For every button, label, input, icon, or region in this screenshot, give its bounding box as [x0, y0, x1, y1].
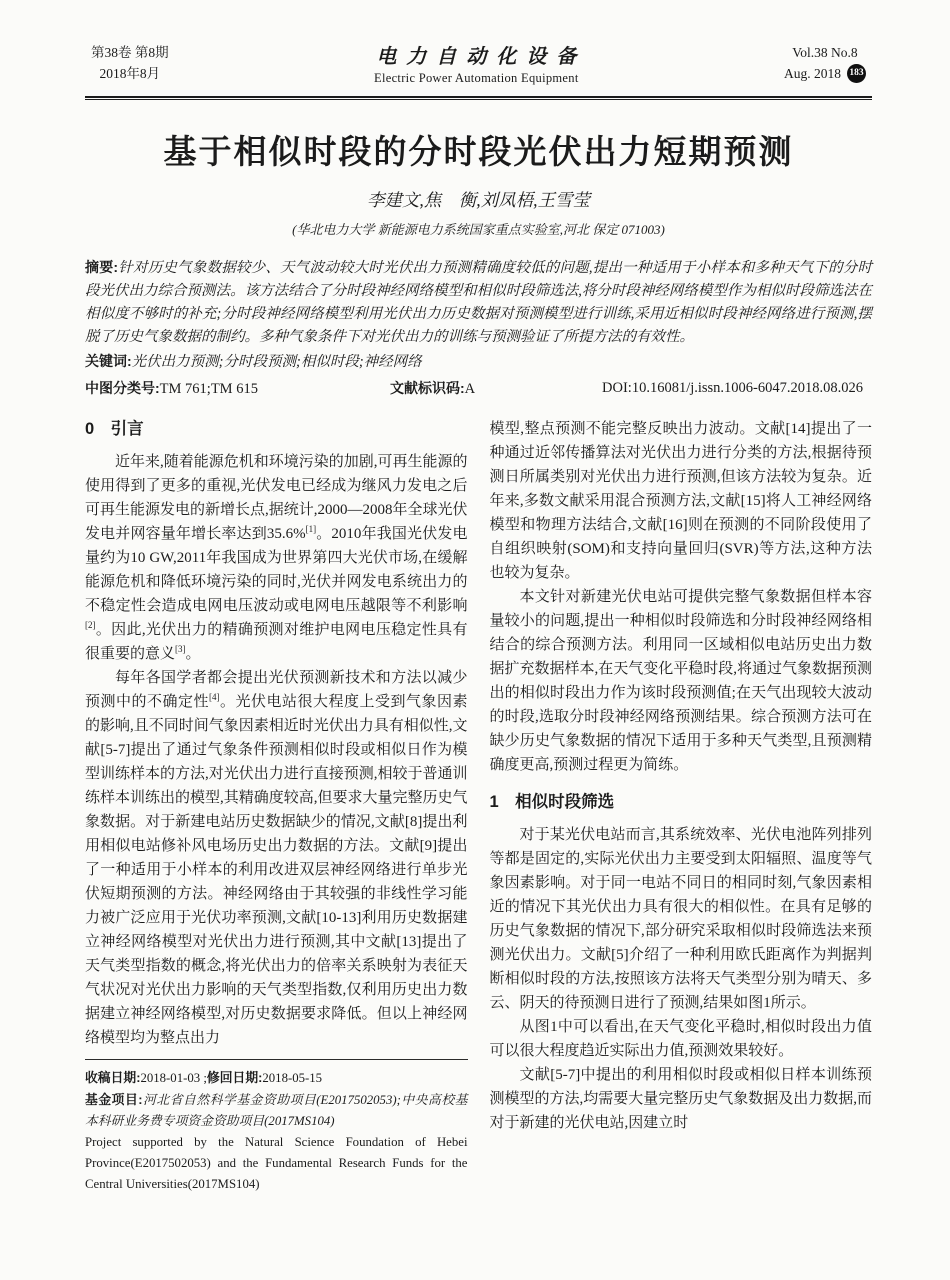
footnote-line: 收稿日期:2018-01-03 ;修回日期:2018-05-15: [85, 1067, 468, 1089]
citation-ref: [4]: [209, 692, 220, 702]
abstract-label: 摘要:: [85, 259, 118, 275]
paragraph: 模型,整点预测不能完整反映出力波动。文献[14]提出了一种通过近邻传播算法对光伏…: [490, 417, 873, 585]
date-en: Aug. 2018: [784, 63, 841, 84]
clc-value: TM 761;TM 615: [160, 381, 258, 397]
abstract-block: 摘要:针对历史气象数据较少、天气波动较大时光伏出力预测精确度较低的问题,提出一种…: [85, 256, 872, 401]
abstract-paragraph: 摘要:针对历史气象数据较少、天气波动较大时光伏出力预测精确度较低的问题,提出一种…: [85, 256, 872, 349]
text-run: 2018-01-03 ;: [140, 1071, 206, 1085]
text-run: 对于某光伏电站而言,其系统效率、光伏电池阵列排列等都是固定的,实际光伏出力主要受…: [490, 827, 873, 1011]
header-vol-block: Vol.38 No.8 Aug. 2018 183: [784, 42, 866, 84]
text-run: 从图1中可以看出,在天气变化平稳时,相似时段出力值可以很大程度趋近实际出力值,预…: [490, 1019, 873, 1059]
affiliation: (华北电力大学 新能源电力系统国家重点实验室,河北 保定 071003): [85, 219, 872, 238]
clc-item: 中图分类号:TM 761;TM 615: [85, 377, 390, 401]
right-column-paragraphs-before: 模型,整点预测不能完整反映出力波动。文献[14]提出了一种通过近邻传播算法对光伏…: [490, 417, 873, 777]
text-run: 。因此,光伏出力的精确预测对维护电网电压稳定性具有很重要的意义: [85, 622, 468, 662]
paragraph: 文献[5-7]中提出的利用相似时段或相似日样本训练预测模型的方法,均需要大量完整…: [490, 1063, 873, 1135]
paragraph: 近年来,随着能源危机和环境污染的加剧,可再生能源的使用得到了更多的重视,光伏发电…: [85, 450, 468, 666]
doi-label: DOI:: [602, 380, 632, 396]
paragraph: 从图1中可以看出,在天气变化平稳时,相似时段出力值可以很大程度趋近实际出力值,预…: [490, 1015, 873, 1063]
right-column: 模型,整点预测不能完整反映出力波动。文献[14]提出了一种通过近邻传播算法对光伏…: [490, 417, 873, 1195]
citation-ref: [2]: [85, 620, 96, 630]
meta-line: 中图分类号:TM 761;TM 615 文献标识码:A DOI:10.16081…: [85, 377, 872, 401]
text-run: 。光伏电站很大程度上受到气象因素的影响,且不同时间气象因素相近时光伏出力具有相似…: [85, 694, 468, 1046]
text-run: 文献[5-7]中提出的利用相似时段或相似日样本训练预测模型的方法,均需要大量完整…: [490, 1067, 873, 1131]
left-column-paragraphs: 近年来,随着能源危机和环境污染的加剧,可再生能源的使用得到了更多的重视,光伏发电…: [85, 450, 468, 1050]
page-number-badge: 183: [847, 64, 866, 83]
journal-page: 第38卷 第8期 2018年8月 电力自动化设备 Electric Power …: [0, 0, 950, 1195]
doc-code-item: 文献标识码:A: [390, 377, 602, 401]
header-divider: [85, 96, 872, 100]
body-columns: 0 引言 近年来,随着能源危机和环境污染的加剧,可再生能源的使用得到了更多的重视…: [85, 417, 872, 1195]
left-column: 0 引言 近年来,随着能源危机和环境污染的加剧,可再生能源的使用得到了更多的重视…: [85, 417, 468, 1195]
text-run: 修回日期:: [207, 1070, 262, 1085]
funding-footnote: 收稿日期:2018-01-03 ;修回日期:2018-05-15基金项目:河北省…: [85, 1059, 468, 1195]
text-run: 。: [186, 646, 201, 662]
citation-ref: [1]: [306, 524, 317, 534]
date-cn: 2018年8月: [91, 63, 169, 84]
footnote-line: 基金项目:河北省自然科学基金资助项目(E2017502053);中央高校基本科研…: [85, 1089, 468, 1132]
text-run: 收稿日期:: [85, 1070, 140, 1085]
journal-name-block: 电力自动化设备 Electric Power Automation Equipm…: [366, 40, 586, 86]
section-heading-1: 1 相似时段筛选: [490, 790, 873, 814]
authors: 李建文,焦 衡,刘凤梧,王雪莹: [85, 187, 872, 212]
doc-code-value: A: [465, 381, 475, 397]
header-issue-block: 第38卷 第8期 2018年8月: [91, 42, 169, 84]
citation-ref: [3]: [175, 644, 186, 654]
vol-en: Vol.38 No.8: [784, 42, 866, 63]
article-title: 基于相似时段的分时段光伏出力短期预测: [85, 126, 872, 173]
text-run: 模型,整点预测不能完整反映出力波动。文献[14]提出了一种通过近邻传播算法对光伏…: [490, 421, 873, 581]
paragraph: 对于某光伏电站而言,其系统效率、光伏电池阵列排列等都是固定的,实际光伏出力主要受…: [490, 823, 873, 1015]
doi-item: DOI:10.16081/j.issn.1006-6047.2018.08.02…: [602, 377, 863, 401]
journal-header: 第38卷 第8期 2018年8月 电力自动化设备 Electric Power …: [85, 40, 872, 96]
text-run: 基金项目:: [85, 1092, 143, 1107]
right-column-paragraphs-after: 对于某光伏电站而言,其系统效率、光伏电池阵列排列等都是固定的,实际光伏出力主要受…: [490, 823, 873, 1135]
abstract-text: 针对历史气象数据较少、天气波动较大时光伏出力预测精确度较低的问题,提出一种适用于…: [85, 260, 872, 345]
keywords-line: 关键词:光伏出力预测;分时段预测;相似时段;神经网络: [85, 350, 872, 374]
keywords-text: 光伏出力预测;分时段预测;相似时段;神经网络: [132, 354, 422, 370]
text-run: 河北省自然科学基金资助项目(E2017502053);中央高校基本科研业务费专项…: [85, 1093, 468, 1128]
journal-name-en: Electric Power Automation Equipment: [366, 71, 586, 86]
issue-cn: 第38卷 第8期: [91, 42, 169, 63]
paragraph: 每年各国学者都会提出光伏预测新技术和方法以减少预测中的不确定性[4]。光伏电站很…: [85, 666, 468, 1050]
journal-name-cn: 电力自动化设备: [366, 40, 586, 69]
keywords-label: 关键词:: [85, 353, 132, 369]
doc-code-label: 文献标识码:: [390, 380, 465, 396]
text-run: 2018-05-15: [262, 1071, 322, 1085]
text-run: 本文针对新建光伏电站可提供完整气象数据但样本容量较小的问题,提出一种相似时段筛选…: [490, 589, 873, 773]
doi-value: 10.16081/j.issn.1006-6047.2018.08.026: [632, 380, 863, 396]
paragraph: 本文针对新建光伏电站可提供完整气象数据但样本容量较小的问题,提出一种相似时段筛选…: [490, 585, 873, 777]
section-heading-0: 0 引言: [85, 417, 468, 441]
clc-label: 中图分类号:: [85, 380, 160, 396]
text-run: Project supported by the Natural Science…: [85, 1135, 468, 1191]
footnote-line: Project supported by the Natural Science…: [85, 1132, 468, 1195]
